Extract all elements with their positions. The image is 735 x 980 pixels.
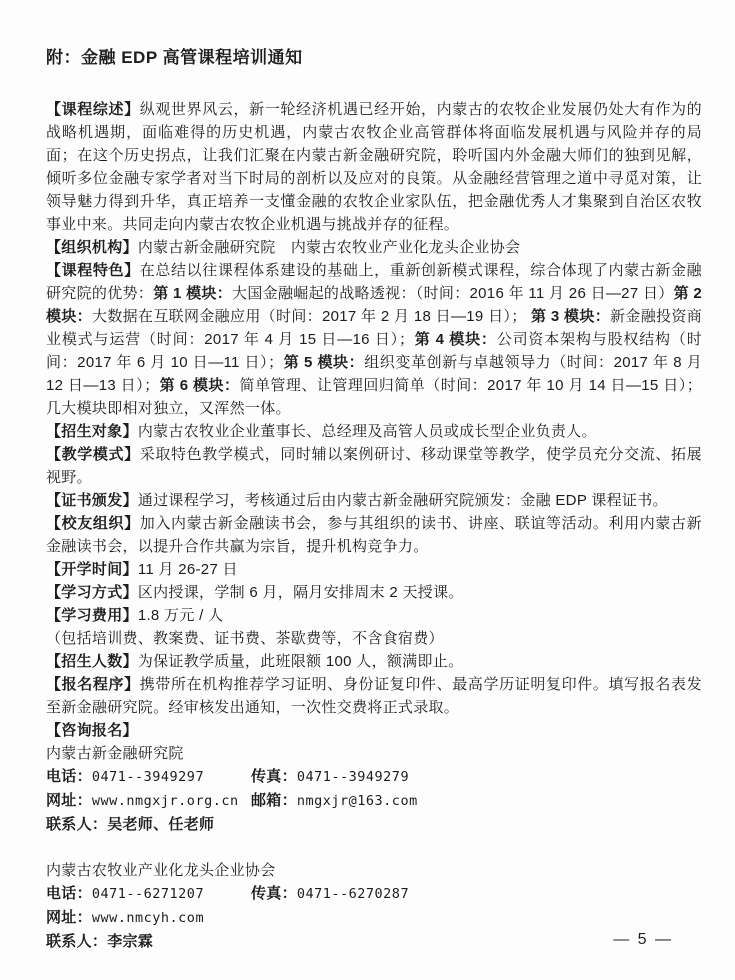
contact-row: 联系人：吴老师、任老师	[46, 813, 701, 836]
text-run: 内蒙古农牧业企业董事长、总经理及高管人员或成长型企业负责人。	[138, 423, 597, 440]
text-run: 纵观世界风云，新一轮经济机遇已经开始，内蒙古的农牧企业发展仍处大有作为的战略机遇…	[46, 101, 702, 233]
section-label: 【咨询报名】	[46, 722, 138, 739]
contact-value: 0471--6271207	[92, 886, 204, 902]
contact-cell: 联系人：李宗霖	[46, 933, 153, 950]
contact-cell: 网址：www.nmcyh.com	[46, 909, 204, 926]
organization-name: 内蒙古新金融研究院	[46, 742, 701, 765]
text-run: （包括培训费、教案费、证书费、茶歇费等，不含食宿费）	[46, 630, 444, 647]
page-footer: — 5 —	[613, 931, 673, 949]
section-label: 【教学模式】	[46, 446, 140, 463]
contact-cell: 联系人：吴老师、任老师	[46, 816, 214, 833]
section-label: 【开学时间】	[46, 561, 138, 578]
contact-label: 邮箱：	[251, 792, 297, 809]
text-run: 大数据在互联网金融应用（时间：2017 年 2 月 18 日—19 日）；	[92, 308, 531, 325]
contact-label: 网址：	[46, 792, 92, 809]
contact-value: 李宗霖	[107, 933, 153, 950]
contact-value: 0471--6270287	[297, 886, 409, 902]
contact-value: 吴老师、任老师	[107, 816, 214, 833]
page-number: — 5 —	[613, 931, 673, 948]
paragraph: 【招生人数】为保证教学质量，此班限额 100 人，额满即止。	[46, 650, 702, 673]
section-label: 【招生对象】	[46, 423, 138, 440]
section-label: 第 5 模块：	[283, 354, 364, 371]
paragraph: 【咨询报名】	[46, 719, 702, 742]
contact-cell: 传真：0471--3949279	[251, 768, 409, 785]
text-run: 11 月 26-27 日	[138, 561, 238, 578]
contact-value: 0471--3949297	[92, 769, 204, 785]
section-label: 【学习费用】	[46, 607, 138, 624]
paragraph: 【组织机构】内蒙古新金融研究院 内蒙古农牧业产业化龙头企业协会	[46, 236, 702, 259]
paragraph: 【学习方式】区内授课，学制 6 月，隔月安排周末 2 天授课。	[46, 581, 702, 604]
section-label: 【学习方式】	[46, 584, 138, 601]
section-label: 第 6 模块：	[159, 377, 239, 394]
text-run: 内蒙古新金融研究院 内蒙古农牧业产业化龙头企业协会	[138, 239, 521, 256]
paragraph: 【招生对象】内蒙古农牧业企业董事长、总经理及高管人员或成长型企业负责人。	[46, 420, 702, 443]
section-label: 【证书颁发】	[46, 492, 138, 509]
paragraph: 【证书颁发】通过课程学习，考核通过后由内蒙古新金融研究院颁发：金融 EDP 课程…	[46, 489, 702, 512]
text-run: 加入内蒙古新金融读书会，参与其组织的读书、讲座、联谊等活动。利用内蒙古新金融读书…	[46, 515, 702, 555]
contact-row: 电话：0471--3949297传真：0471--3949279	[46, 765, 701, 789]
text-run: 区内授课，学制 6 月，隔月安排周末 2 天授课。	[138, 584, 464, 601]
section-label: 【组织机构】	[46, 239, 138, 256]
contact-cell: 传真：0471--6270287	[251, 885, 409, 902]
contact-value: www.nmcyh.com	[92, 910, 204, 926]
section-label: 第 1 模块：	[153, 285, 232, 302]
contact-cell: 电话：0471--3949297	[46, 765, 251, 789]
section-label: 【报名程序】	[46, 676, 140, 693]
paragraph: （包括培训费、教案费、证书费、茶歇费等，不含食宿费）	[46, 627, 702, 650]
document-page: 附：金融 EDP 高管课程培训通知 【课程综述】纵观世界风云，新一轮经济机遇已经…	[0, 0, 735, 980]
section-label: 【校友组织】	[46, 515, 140, 532]
paragraph: 【课程综述】纵观世界风云，新一轮经济机遇已经开始，内蒙古的农牧企业发展仍处大有作…	[46, 98, 702, 236]
contact-label: 电话：	[46, 885, 92, 902]
text-run: 大国金融崛起的战略透视：（时间：2016 年 11 月 26 日—27 日）	[232, 285, 674, 302]
organization-name: 内蒙古农牧业产业化龙头企业协会	[46, 859, 701, 882]
contact-label: 电话：	[46, 768, 92, 785]
contact-label: 传真：	[251, 768, 297, 785]
contact-label: 联系人：	[46, 933, 107, 950]
contact-row: 联系人：李宗霖	[46, 930, 701, 953]
text-run: 为保证教学质量，此班限额 100 人，额满即止。	[138, 653, 464, 670]
section-label: 第 4 模块：	[414, 331, 496, 348]
document-body: 【课程综述】纵观世界风云，新一轮经济机遇已经开始，内蒙古的农牧企业发展仍处大有作…	[46, 98, 702, 742]
text-run: 携带所在机构推荐学习证明、身份证复印件、最高学历证明复印件。填写报名表发至新金融…	[46, 676, 702, 716]
paragraph: 【课程特色】在总结以往课程体系建设的基础上，重新创新模式课程，综合体现了内蒙古新…	[46, 259, 702, 420]
paragraph: 【校友组织】加入内蒙古新金融读书会，参与其组织的读书、讲座、联谊等活动。利用内蒙…	[46, 512, 702, 558]
contact-cell: 邮箱：nmgxjr@163.com	[251, 792, 418, 809]
contact-row: 电话：0471--6271207传真：0471--6270287	[46, 882, 701, 906]
paragraph: 【开学时间】11 月 26-27 日	[46, 558, 702, 581]
paragraph: 【报名程序】携带所在机构推荐学习证明、身份证复印件、最高学历证明复印件。填写报名…	[46, 673, 702, 719]
contact-cell: 网址：www.nmgxjr.org.cn	[46, 789, 251, 813]
contact-cell: 电话：0471--6271207	[46, 882, 251, 906]
contact-label: 联系人：	[46, 816, 107, 833]
section-label: 【招生人数】	[46, 653, 138, 670]
text-run: 采取特色教学模式，同时辅以案例研讨、移动课堂等教学，使学员充分交流、拓展视野。	[46, 446, 702, 486]
contact-label: 网址：	[46, 909, 92, 926]
section-label: 【课程特色】	[46, 262, 140, 279]
text-run: 1.8 万元 / 人	[138, 607, 224, 624]
contact-value: nmgxjr@163.com	[297, 793, 418, 809]
paragraph: 【学习费用】1.8 万元 / 人	[46, 604, 702, 627]
contact-row: 网址：www.nmgxjr.org.cn邮箱：nmgxjr@163.com	[46, 789, 701, 813]
paragraph: 【教学模式】采取特色教学模式，同时辅以案例研讨、移动课堂等教学，使学员充分交流、…	[46, 443, 702, 489]
contact-value: www.nmgxjr.org.cn	[92, 793, 239, 809]
section-label: 【课程综述】	[46, 101, 140, 118]
text-run: 通过课程学习，考核通过后由内蒙古新金融研究院颁发：金融 EDP 课程证书。	[138, 492, 668, 509]
page-title: 附：金融 EDP 高管课程培训通知	[46, 46, 701, 70]
contact-label: 传真：	[251, 885, 297, 902]
contact-value: 0471--3949279	[297, 769, 409, 785]
contact-block: 内蒙古新金融研究院电话：0471--3949297传真：0471--394927…	[46, 742, 701, 836]
contact-block: 内蒙古农牧业产业化龙头企业协会电话：0471--6271207传真：0471--…	[46, 859, 701, 953]
contact-row: 网址：www.nmcyh.com	[46, 906, 701, 930]
contacts-section: 内蒙古新金融研究院电话：0471--3949297传真：0471--394927…	[46, 742, 701, 953]
section-label: 第 3 模块：	[531, 308, 610, 325]
